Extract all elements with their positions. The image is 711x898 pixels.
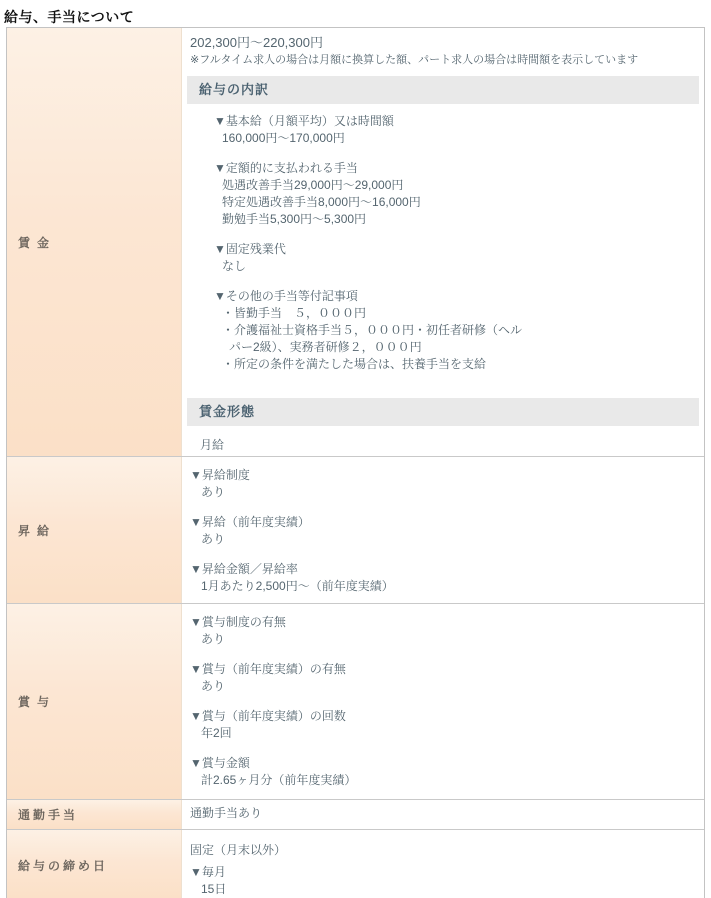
bonus-group-times-value: 年2回 — [201, 725, 696, 742]
bonus-group-times: ▼賞与（前年度実績）の回数 年2回 — [190, 708, 696, 742]
row-label-wage: 賃金 — [7, 28, 182, 456]
wage-group-fixed-allowances-title: ▼定額的に支払われる手当 — [214, 160, 696, 177]
bonus-group-system-title: ▼賞与制度の有無 — [190, 614, 696, 631]
wage-payform-header: 賃金形態 — [187, 398, 699, 426]
row-label-closing-text: 給与の締め日 — [18, 857, 108, 874]
bonus-group-system-value: あり — [201, 631, 696, 648]
raise-group-system-title: ▼昇給制度 — [190, 467, 696, 484]
wage-group-fixed-allowances-line: 特定処遇改善手当8,000円～16,000円 — [222, 194, 696, 211]
row-label-closing: 給与の締め日 — [7, 830, 182, 898]
raise-group-amount-value: 1月あたり2,500円～（前年度実績） — [201, 578, 696, 595]
closing-group-monthly-title: ▼毎月 — [190, 864, 696, 881]
raise-group-system-value: あり — [201, 484, 696, 501]
commute-value: 通勤手当あり — [190, 805, 696, 822]
bonus-group-amount-value: 計2.65ヶ月分（前年度実績） — [201, 772, 696, 789]
bonus-group-amount-title: ▼賞与金額 — [190, 755, 696, 772]
row-content-raise: ▼昇給制度 あり ▼昇給（前年度実績） あり ▼昇給金額／昇給率 1月あたり2,… — [182, 457, 704, 603]
raise-group-system: ▼昇給制度 あり — [190, 467, 696, 501]
wage-group-fixed-overtime-title: ▼固定残業代 — [214, 241, 696, 258]
wage-breakdown-groups: ▼基本給（月額平均）又は時間額 160,000円～170,000円 ▼定額的に支… — [214, 113, 696, 373]
wage-group-other-allowances-line: パー2級）、実務者研修２，０００円 — [229, 339, 696, 356]
wage-range: 202,300円～220,300円 — [190, 34, 696, 52]
table-row-commute: 通勤手当 通勤手当あり — [7, 799, 704, 829]
salary-table: 賃金 202,300円～220,300円 ※フルタイム求人の場合は月額に換算した… — [6, 27, 705, 898]
wage-group-fixed-allowances: ▼定額的に支払われる手当 処遇改善手当29,000円～29,000円 特定処遇改… — [214, 160, 696, 228]
raise-group-lastyear: ▼昇給（前年度実績） あり — [190, 514, 696, 548]
bonus-group-lastyear-title: ▼賞与（前年度実績）の有無 — [190, 661, 696, 678]
wage-note: ※フルタイム求人の場合は月額に換算した額、パート求人の場合は時間額を表示していま… — [190, 52, 696, 69]
wage-breakdown-header: 給与の内訳 — [187, 76, 699, 104]
wage-group-other-allowances-line: ・介護福祉士資格手当５，０００円・初任者研修（ヘル — [222, 322, 696, 339]
bonus-group-lastyear-value: あり — [201, 678, 696, 695]
wage-group-base-pay: ▼基本給（月額平均）又は時間額 160,000円～170,000円 — [214, 113, 696, 147]
wage-group-other-allowances-title: ▼その他の手当等付記事項 — [214, 288, 696, 305]
row-content-closing: 固定（月末以外） ▼毎月 15日 — [182, 830, 704, 898]
bonus-group-system: ▼賞与制度の有無 あり — [190, 614, 696, 648]
table-row-wage: 賃金 202,300円～220,300円 ※フルタイム求人の場合は月額に換算した… — [7, 28, 704, 456]
raise-group-amount-title: ▼昇給金額／昇給率 — [190, 561, 696, 578]
wage-group-base-pay-title: ▼基本給（月額平均）又は時間額 — [214, 113, 696, 130]
bonus-group-lastyear: ▼賞与（前年度実績）の有無 あり — [190, 661, 696, 695]
row-label-bonus: 賞与 — [7, 604, 182, 799]
table-row-closing: 給与の締め日 固定（月末以外） ▼毎月 15日 — [7, 829, 704, 898]
closing-group-monthly-value: 15日 — [201, 881, 696, 898]
table-row-bonus: 賞与 ▼賞与制度の有無 あり ▼賞与（前年度実績）の有無 あり ▼賞与（前年度実… — [7, 603, 704, 799]
row-label-bonus-text: 賞与 — [18, 693, 56, 710]
wage-group-other-allowances-line: ・所定の条件を満たした場合は、扶養手当を支給 — [222, 356, 696, 373]
closing-type: 固定（月末以外） — [190, 842, 696, 859]
wage-group-other-allowances: ▼その他の手当等付記事項 ・皆勤手当 ５，０００円 ・介護福祉士資格手当５，００… — [214, 288, 696, 373]
bonus-group-times-title: ▼賞与（前年度実績）の回数 — [190, 708, 696, 725]
bonus-group-amount: ▼賞与金額 計2.65ヶ月分（前年度実績） — [190, 755, 696, 789]
row-content-commute: 通勤手当あり — [182, 800, 704, 829]
wage-group-base-pay-value: 160,000円～170,000円 — [222, 130, 696, 147]
wage-group-fixed-allowances-line: 処遇改善手当29,000円～29,000円 — [222, 177, 696, 194]
row-label-wage-text: 賃金 — [18, 234, 56, 251]
row-label-commute-text: 通勤手当 — [18, 806, 78, 823]
row-label-raise-text: 昇給 — [18, 522, 56, 539]
row-content-bonus: ▼賞与制度の有無 あり ▼賞与（前年度実績）の有無 あり ▼賞与（前年度実績）の… — [182, 604, 704, 799]
table-row-raise: 昇給 ▼昇給制度 あり ▼昇給（前年度実績） あり ▼昇給金額／昇給率 1月あた… — [7, 456, 704, 603]
wage-group-fixed-overtime: ▼固定残業代 なし — [214, 241, 696, 275]
page-title: 給与、手当について — [4, 7, 711, 27]
row-content-wage: 202,300円～220,300円 ※フルタイム求人の場合は月額に換算した額、パ… — [182, 28, 704, 456]
raise-group-lastyear-value: あり — [201, 531, 696, 548]
row-label-commute: 通勤手当 — [7, 800, 182, 829]
wage-group-other-allowances-line: ・皆勤手当 ５，０００円 — [222, 305, 696, 322]
raise-group-lastyear-title: ▼昇給（前年度実績） — [190, 514, 696, 531]
raise-group-amount: ▼昇給金額／昇給率 1月あたり2,500円～（前年度実績） — [190, 561, 696, 595]
wage-group-fixed-allowances-line: 勤勉手当5,300円～5,300円 — [222, 211, 696, 228]
row-label-raise: 昇給 — [7, 457, 182, 603]
wage-group-fixed-overtime-value: なし — [222, 258, 696, 275]
wage-payform-value: 月給 — [200, 437, 696, 454]
closing-group-monthly: ▼毎月 15日 — [190, 864, 696, 898]
